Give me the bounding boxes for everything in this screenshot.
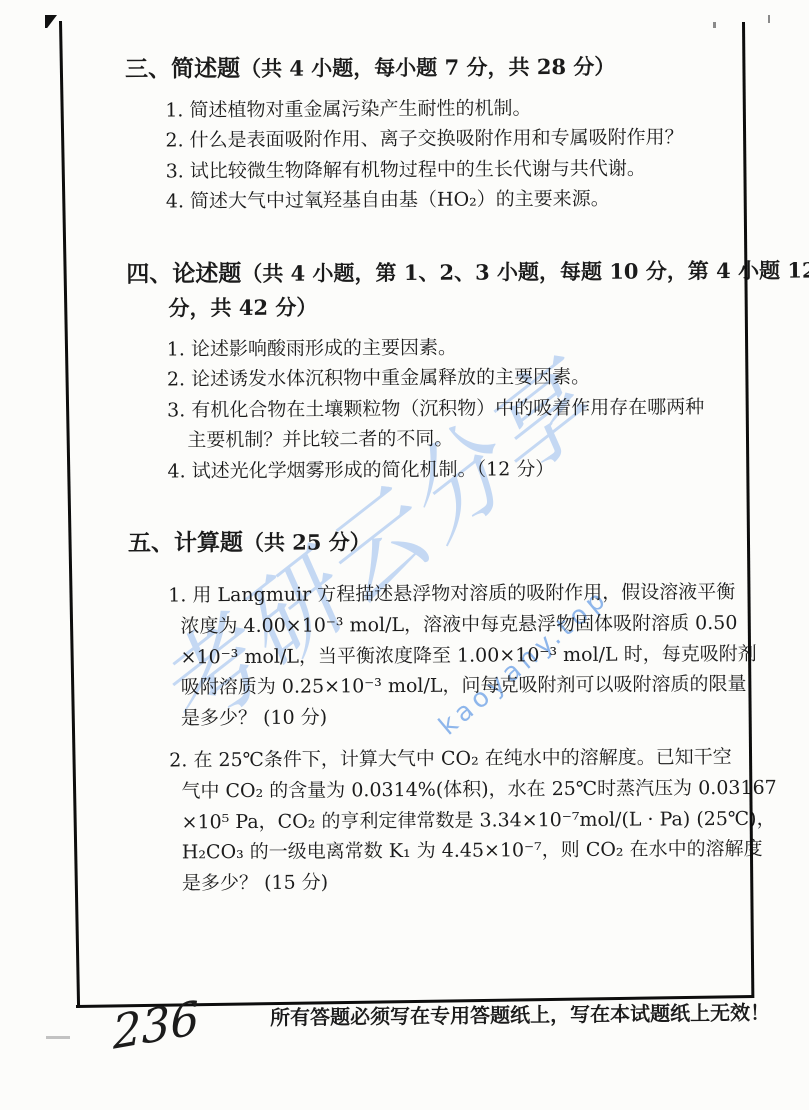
section-five-heading: 五、计算题（共 25 分） <box>128 523 775 561</box>
problem-line: 2. 在 25℃条件下，计算大气中 CO₂ 在纯水中的溶解度。已知干空 <box>169 742 776 777</box>
section-five-points-note: （共 25 分） <box>243 529 371 555</box>
question-item: 4. 简述大气中过氧羟基自由基（HO₂）的主要来源。 <box>166 184 684 218</box>
problem-line: 浓度为 4.00×10⁻³ mol/L，溶液中每克悬浮物固体吸附溶质 0.50 <box>168 608 775 643</box>
question-item: 2. 论述诱发水体沉积物中重金属释放的主要因素。 <box>167 361 809 395</box>
scan-artifact-dash <box>46 1036 70 1039</box>
exam-paper-page: 考研云分享 kaoyany.top 三、简述题（共 4 小题，每小题 7 分，共… <box>0 0 809 1110</box>
section-five-title: 五、计算题 <box>128 529 243 557</box>
question-item: 4. 试述光化学烟雾形成的简化机制。（12 分） <box>167 452 809 486</box>
calculation-problem-1: 1. 用 Langmuir 方程描述悬浮物对溶质的吸附作用，假设溶液平衡 浓度为… <box>168 577 776 735</box>
section-three-points-note: （共 4 小题，每小题 7 分，共 28 分） <box>240 54 615 81</box>
section-three-question-list: 1. 简述植物对重金属污染产生耐性的机制。 2. 什么是表面吸附作用、离子交换吸… <box>165 92 684 217</box>
problem-line: H₂CO₃ 的一级电离常数 K₁ 为 4.45×10⁻⁷，则 CO₂ 在水中的溶… <box>170 834 777 869</box>
question-item: 3. 有机化合物在土壤颗粒物（沉积物）中的吸着作用存在哪两种 <box>167 391 809 425</box>
question-item: 3. 试比较微生物降解有机物过程中的生长代谢与共代谢。 <box>166 153 684 187</box>
problem-line: 1. 用 Langmuir 方程描述悬浮物对溶质的吸附作用，假设溶液平衡 <box>168 577 775 612</box>
section-three-short-answer: 三、简述题（共 4 小题，每小题 7 分，共 28 分） 1. 简述植物对重金属… <box>125 49 684 217</box>
section-three-title: 三、简述题 <box>125 55 240 83</box>
problem-line: 是多少？ (15 分) <box>170 865 777 900</box>
scan-speck <box>768 15 770 23</box>
scan-speck <box>713 22 716 28</box>
exam-content: 三、简述题（共 4 小题，每小题 7 分，共 28 分） 1. 简述植物对重金属… <box>0 0 809 1110</box>
section-four-heading: 四、论述题（共 4 小题，第 1、2、3 小题，每题 10 分，第 4 小题 1… <box>126 253 809 291</box>
problem-line: 气中 CO₂ 的含量为 0.0314%(体积)，水在 25℃时蒸汽压为 0.03… <box>169 773 776 808</box>
section-four-question-list: 1. 论述影响酸雨形成的主要因素。 2. 论述诱发水体沉积物中重金属释放的主要因… <box>167 330 809 486</box>
problem-line: 吸附溶质为 0.25×10⁻³ mol/L，问每克吸附剂可以吸附溶质的限量 <box>169 669 776 704</box>
section-four-points-note-line2: 分，共 42 分） <box>168 287 809 325</box>
section-four-essay: 四、论述题（共 4 小题，第 1、2、3 小题，每题 10 分，第 4 小题 1… <box>126 253 809 486</box>
question-item: 1. 论述影响酸雨形成的主要因素。 <box>167 330 809 364</box>
question-item: 1. 简述植物对重金属污染产生耐性的机制。 <box>165 92 683 126</box>
section-three-heading: 三、简述题（共 4 小题，每小题 7 分，共 28 分） <box>125 49 683 86</box>
problem-line: ×10⁻³ mol/L，当平衡浓度降至 1.00×10⁻³ mol/L 时，每克… <box>169 638 776 673</box>
section-four-points-note-line1: （共 4 小题，第 1、2、3 小题，每题 10 分，第 4 小题 12 <box>241 257 809 286</box>
question-item-continuation: 主要机制？并比较二者的不同。 <box>167 422 809 456</box>
question-item: 2. 什么是表面吸附作用、离子交换吸附作用和专属吸附作用？ <box>165 123 683 157</box>
calculation-problem-2: 2. 在 25℃条件下，计算大气中 CO₂ 在纯水中的溶解度。已知干空 气中 C… <box>169 742 777 900</box>
problem-line: 是多少？ (10 分) <box>169 700 776 735</box>
problem-line: ×10⁵ Pa，CO₂ 的亨利定律常数是 3.34×10⁻⁷mol/(L · P… <box>170 803 777 838</box>
answer-sheet-warning: 所有答题必须写在专用答题纸上，写在本试题纸上无效！ <box>270 996 770 1030</box>
section-four-title: 四、论述题 <box>126 260 241 288</box>
section-five-calculation: 五、计算题（共 25 分） 1. 用 Langmuir 方程描述悬浮物对溶质的吸… <box>128 523 778 900</box>
